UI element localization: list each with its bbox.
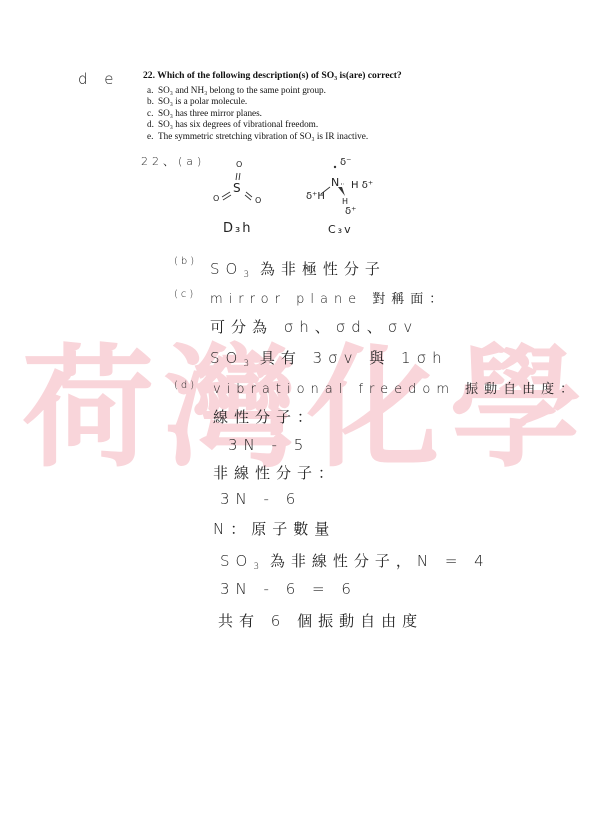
watermark-char: 荷 [22,343,154,475]
part-d-line5: 3N - 6 [220,490,301,508]
part-d-line4: 非線性分子： [213,462,339,483]
option-a: a.SO₃ and NH₃ belong to the same point g… [147,85,443,96]
question-block: 22. Which of the following description(s… [143,70,443,142]
atom-h-right: H δ⁺ [351,180,373,191]
charge-n: δ⁻ [340,157,351,168]
atom-h-bottom: H [342,197,348,206]
part-c-label: (c) [174,289,196,300]
atom-o-left: O [213,194,219,203]
option-d: d.SO₃ has six degrees of vibrational fre… [147,119,443,130]
nh3-structure: δ⁻ N H δ⁺ δ⁺H H δ⁺ C₃v [290,155,390,245]
part-c-line3: SO3 具有 3σv 與 1σh [210,347,448,369]
question-text: Which of the following description(s) of… [157,70,401,81]
question-number: 22. [143,70,155,81]
part-d-line8: 3N - 6 = 6 [220,580,357,598]
option-e: e.The symmetric stretching vibration of … [147,131,443,142]
part-d-label: (d) [174,380,197,391]
part-c-line2: 可分為 σh、σd、σv [210,316,418,337]
option-c: c.SO₃ has three mirror planes. [147,108,443,119]
part-d-line1: vibrational freedom 振動自由度： [213,378,579,397]
atom-o-top: O [236,160,242,169]
so3-structure: O S O O D₃h [200,155,280,245]
atom-n: N [331,176,339,189]
question-options: a.SO₃ and NH₃ belong to the same point g… [143,85,443,142]
part-d-line6: N：原子數量 [213,518,335,539]
part-d-line7: SO3 為非線性分子，N = 4 [220,550,490,572]
atom-h-left: δ⁺H [306,191,325,202]
point-group-nh3: C₃v [328,223,353,236]
solution-header: 22、(a) [141,153,205,169]
atom-s: S [233,181,241,195]
point-group-so3: D₃h [223,221,252,236]
part-d-line2: 線性分子： [213,406,318,427]
part-c-line1: mirror plane 對稱面： [210,288,448,307]
part-b-label: (b) [174,256,197,267]
question-stem: 22. Which of the following description(s… [143,70,443,81]
charge-h-bottom: δ⁺ [345,206,356,217]
watermark-char: 學 [450,343,582,475]
option-b: b.SO₃ is a polar molecule. [147,96,443,107]
atom-o-right: O [255,196,261,205]
part-b-answer: SO3 為非極性分子 [210,258,386,280]
part-d-line9: 共有 6 個振動自由度 [218,610,423,631]
answer-key: d e [78,70,120,88]
part-d-line3: 3N - 5 [228,436,309,454]
